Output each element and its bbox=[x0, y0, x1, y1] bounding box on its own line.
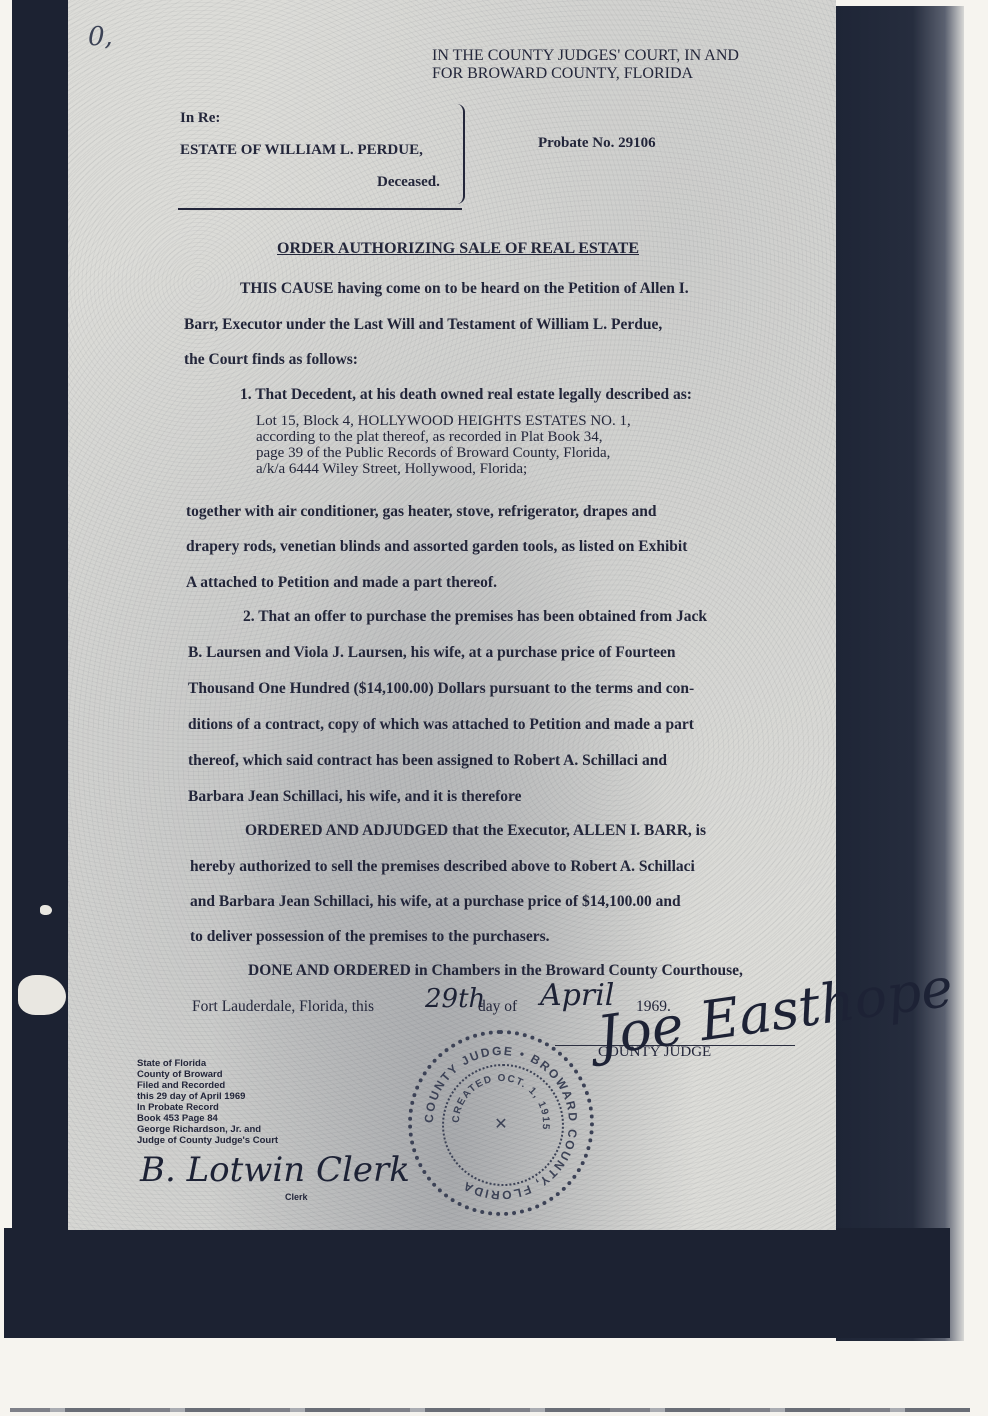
finding-1: 1. That Decedent, at his death owned rea… bbox=[240, 386, 692, 404]
stamp-line: George Richardson, Jr. and bbox=[137, 1124, 278, 1135]
scan-border-bottom bbox=[4, 1228, 950, 1338]
caption-estate: ESTATE OF WILLIAM L. PERDUE, bbox=[180, 142, 423, 159]
clerk-label: Clerk bbox=[285, 1192, 308, 1202]
caption-rule bbox=[178, 208, 462, 210]
stamp-line: Filed and Recorded bbox=[137, 1080, 278, 1091]
stamp-line: Book 453 Page 84 bbox=[137, 1113, 278, 1124]
finding-2-line: Barbara Jean Schillaci, his wife, and it… bbox=[188, 788, 522, 806]
scan-artifact bbox=[18, 975, 66, 1015]
body-line: THIS CAUSE having come on to be heard on… bbox=[240, 280, 689, 298]
caption-brace bbox=[455, 104, 465, 204]
scan-streak bbox=[10, 1408, 970, 1412]
stamp-line: this 29 day of April 1969 bbox=[137, 1091, 278, 1102]
stamp-line: County of Broward bbox=[137, 1069, 278, 1080]
clerk-signature: B. Lotwin Clerk bbox=[140, 1150, 410, 1190]
body-line: the Court finds as follows: bbox=[184, 351, 358, 369]
legal-description-line: Lot 15, Block 4, HOLLYWOOD HEIGHTS ESTAT… bbox=[256, 413, 631, 429]
done-prefix: Fort Lauderdale, Florida, this bbox=[192, 998, 374, 1015]
court-header-line: FOR BROWARD COUNTY, FLORIDA bbox=[432, 65, 739, 83]
finding-2-line: Thousand One Hundred ($14,100.00) Dollar… bbox=[188, 680, 694, 698]
finding-2-line: 2. That an offer to purchase the premise… bbox=[243, 608, 707, 626]
order-title: ORDER AUTHORIZING SALE OF REAL ESTATE bbox=[277, 240, 639, 258]
court-seal-icon: COUNTY JUDGE • BROWARD COUNTY, FLORIDA C… bbox=[408, 1030, 594, 1216]
caption-in-re: In Re: bbox=[180, 110, 220, 127]
order-line: ORDERED AND ADJUDGED that the Executor, … bbox=[245, 822, 706, 840]
order-line: hereby authorized to sell the premises d… bbox=[190, 858, 695, 876]
stamp-line: State of Florida bbox=[137, 1058, 278, 1069]
seal-text-icon: COUNTY JUDGE • BROWARD COUNTY, FLORIDA C… bbox=[412, 1034, 590, 1212]
stamp-line: Judge of County Judge's Court bbox=[137, 1135, 278, 1146]
legal-description-line: a/k/a 6444 Wiley Street, Hollywood, Flor… bbox=[256, 461, 631, 477]
day-of-label: day of bbox=[478, 998, 517, 1016]
order-line: and Barbara Jean Schillaci, his wife, at… bbox=[190, 893, 681, 911]
recording-stamp: State of Florida County of Broward Filed… bbox=[137, 1058, 278, 1146]
scan-border-right bbox=[836, 6, 964, 1341]
scan-artifact bbox=[40, 905, 52, 915]
order-line: to deliver possession of the premises to… bbox=[190, 928, 550, 946]
svg-text:✕: ✕ bbox=[494, 1116, 507, 1133]
legal-description-line: according to the plat thereof, as record… bbox=[256, 429, 631, 445]
legal-description-line: page 39 of the Public Records of Broward… bbox=[256, 445, 631, 461]
corner-annotation: 0, bbox=[88, 22, 113, 52]
finding-2-line: ditions of a contract, copy of which was… bbox=[188, 716, 694, 734]
body-line: A attached to Petition and made a part t… bbox=[186, 574, 497, 592]
probate-number: Probate No. 29106 bbox=[538, 135, 656, 152]
finding-2-line: B. Laursen and Viola J. Laursen, his wif… bbox=[188, 644, 676, 662]
body-line: Barr, Executor under the Last Will and T… bbox=[184, 316, 662, 334]
caption-deceased: Deceased. bbox=[377, 174, 440, 191]
done-line: DONE AND ORDERED in Chambers in the Brow… bbox=[248, 962, 743, 980]
body-line: drapery rods, venetian blinds and assort… bbox=[186, 538, 687, 556]
court-header-line: IN THE COUNTY JUDGES' COURT, IN AND bbox=[432, 47, 739, 65]
stamp-line: In Probate Record bbox=[137, 1102, 278, 1113]
finding-2-line: thereof, which said contract has been as… bbox=[188, 752, 667, 770]
scan-border-left bbox=[12, 0, 68, 1330]
legal-description: Lot 15, Block 4, HOLLYWOOD HEIGHTS ESTAT… bbox=[256, 413, 631, 477]
body-line: together with air conditioner, gas heate… bbox=[186, 503, 657, 521]
done-line-2: Fort Lauderdale, Florida, this bbox=[192, 998, 374, 1016]
handwritten-day: 29th bbox=[425, 984, 485, 1014]
court-header: IN THE COUNTY JUDGES' COURT, IN AND FOR … bbox=[432, 47, 739, 83]
